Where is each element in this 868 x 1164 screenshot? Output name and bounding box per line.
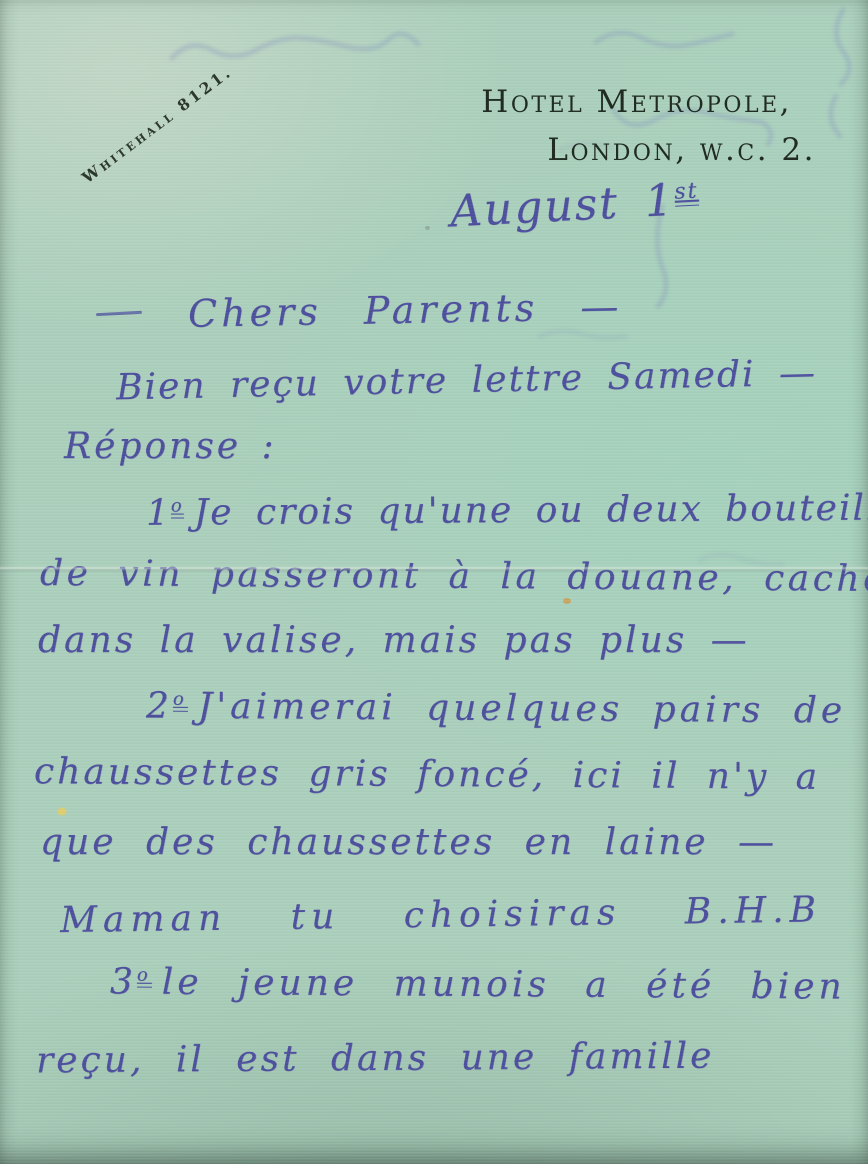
letter-line: de vin passeront à la douane, cachés [40, 553, 868, 600]
line-text: reçu, il est dans une famille [36, 1036, 715, 1082]
letterhead-hotel-address: London, w.c. 2. [547, 132, 816, 168]
letter-page: Whitehall 8121. Hotel Metropole, London,… [0, 0, 868, 1164]
letter-date-suffix: st [674, 179, 700, 207]
line-text: dans la valise, mais pas plus — [38, 620, 750, 661]
line-text: le jeune munois a été bien [162, 962, 846, 1008]
ordinal-marker: o [137, 965, 152, 988]
line-text: Réponse : [64, 426, 277, 467]
letter-line: Bien reçu votre lettre Samedi — [116, 353, 818, 409]
letter-line: Maman tu choisiras B.H.B — [60, 888, 868, 941]
item-number: 2 [146, 686, 173, 727]
letter-line-numbered: 3ole jeune munois a été bien [110, 961, 846, 1007]
letter-line: dans la valise, mais pas plus — [38, 620, 750, 661]
paper-speck [425, 226, 430, 230]
letter-line: Réponse : [64, 426, 277, 467]
ordinal-marker: o [173, 689, 188, 712]
line-text: Je crois qu'une ou deux bouteilles [194, 487, 868, 533]
letter-line: que des chaussettes en laine — [40, 822, 777, 863]
paper-speck [563, 598, 571, 604]
line-text: Maman tu choisiras B.H.B — [60, 888, 868, 941]
item-number: 1 [146, 493, 171, 534]
letterhead-hotel-name: Hotel Metropole, [481, 84, 792, 120]
letter-line: chaussettes gris foncé, ici il n'y a [34, 751, 820, 797]
stray-dash-mark [96, 311, 142, 316]
line-text: que des chaussettes en laine — [40, 822, 777, 863]
item-number: 3 [110, 961, 137, 1002]
letter-date: August 1st [449, 174, 700, 238]
line-text: Bien reçu votre lettre Samedi — [116, 353, 818, 409]
letterhead-phone: Whitehall 8121. [78, 62, 235, 187]
line-text: de vin passeront à la douane, cachés [40, 553, 868, 600]
letter-line: reçu, il est dans une famille [36, 1036, 715, 1082]
salutation: Chers Parents — [188, 284, 623, 336]
letter-line-numbered: 2oJ'aimerai quelques pairs de [146, 686, 846, 732]
line-text: J'aimerai quelques pairs de [198, 686, 847, 732]
letter-date-main: August 1 [449, 175, 676, 238]
paper-speck [58, 808, 66, 815]
letter-line-numbered: 1oJe crois qu'une ou deux bouteilles [146, 487, 868, 533]
ordinal-marker: o [171, 495, 184, 518]
line-text: chaussettes gris foncé, ici il n'y a [34, 751, 820, 797]
